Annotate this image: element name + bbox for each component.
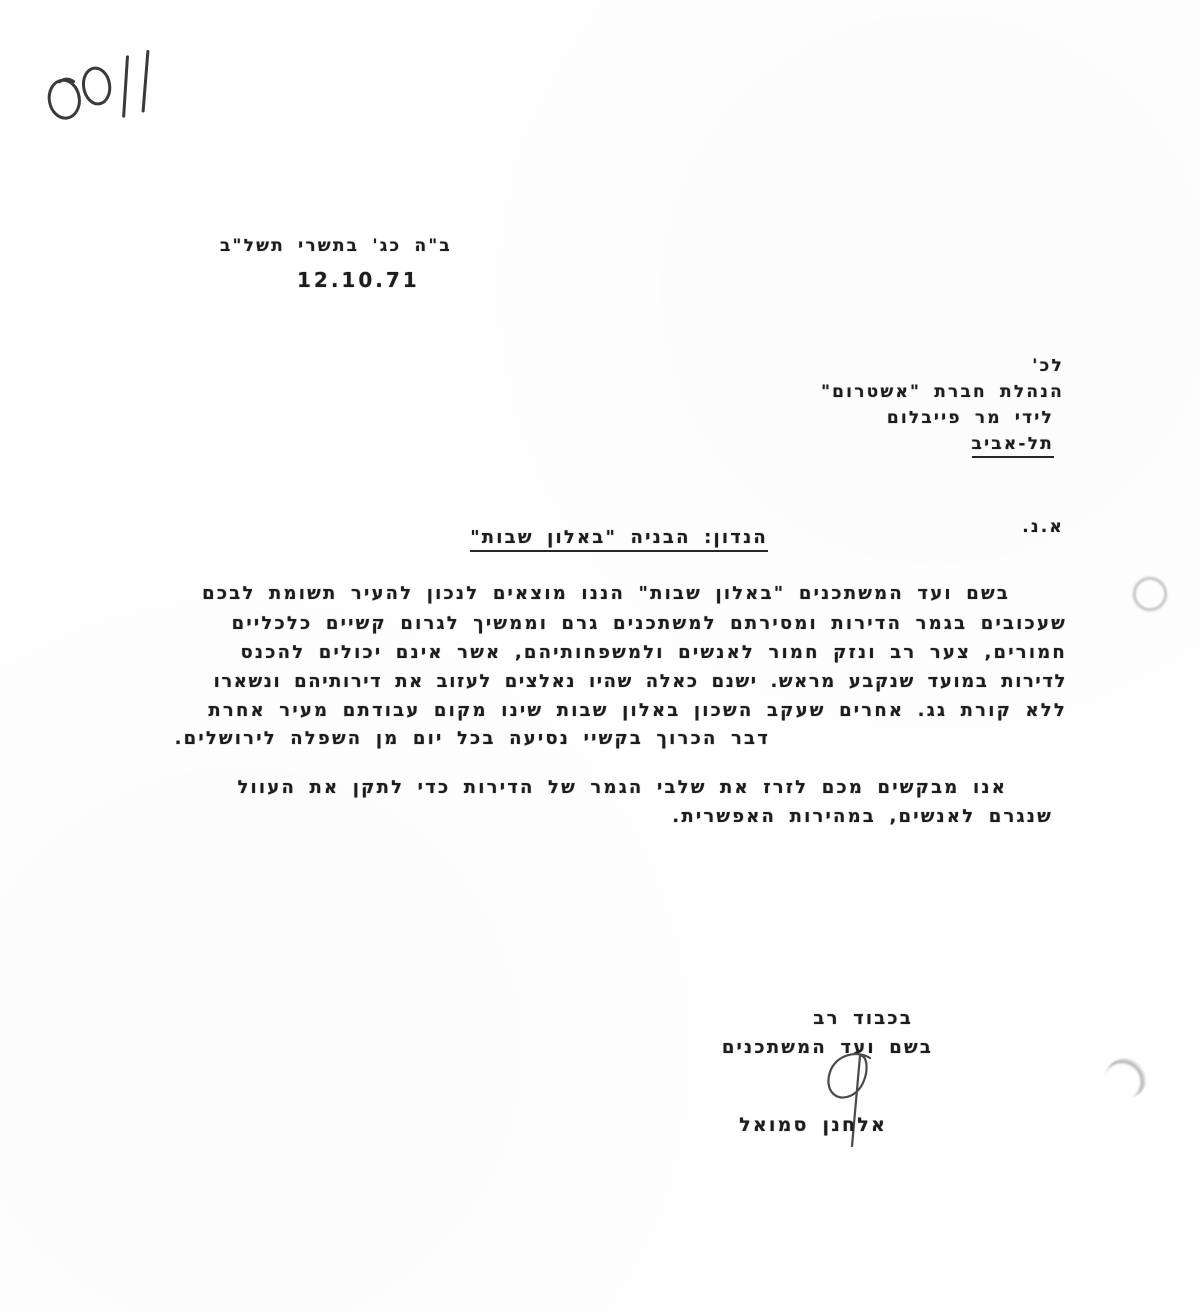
- body-line: שנגרם לאנשים, במהירות האפשרית.: [672, 806, 1053, 827]
- body-line: ללא קורת גג. אחרים שעקב השכון באלון שבות…: [208, 700, 1067, 721]
- signer-name: אלחנן סמואל: [739, 1114, 887, 1136]
- subject-line: הנדון: הבניה "באלון שבות": [470, 527, 768, 548]
- gregorian-date: 12.10.71: [297, 268, 420, 292]
- body-line: חמורים, צער רב ונזק חמור לאנשים ולמשפחות…: [240, 642, 1067, 663]
- scan-smudge-mark: [1105, 1058, 1147, 1098]
- body-line: בשם ועד המשתכנים "באלון שבות" הננו מוצאי…: [202, 583, 1010, 604]
- scan-smudge-mark: [1132, 576, 1168, 612]
- body-line: לדירות במועד שנקבע מראש. ישנם כאלה שהיו …: [214, 671, 1067, 692]
- recipient-city-text: תל-אביב: [972, 434, 1054, 458]
- recipient-attention: לידי מר פייבלום: [887, 408, 1054, 428]
- body-line: שעכובים בגמר הדירות ומסירתם למשתכנים גרם…: [232, 613, 1067, 634]
- closing-salutation: בכבוד רב: [813, 1008, 913, 1029]
- body-line: אנו מבקשים מכם לזרז את שלבי הגמר של הדיר…: [237, 777, 1007, 798]
- subject-text: הנדון: הבניה "באלון שבות": [470, 527, 768, 552]
- scanned-letter-page: 0011 ב"ה כג' בתשרי תשל"ב 12.10.71 לכ' הנ…: [0, 0, 1200, 1312]
- recipient-salutation: לכ': [1032, 356, 1064, 376]
- hebrew-date: ב"ה כג' בתשרי תשל"ב: [220, 236, 452, 256]
- greeting: א.נ.: [1022, 517, 1064, 537]
- recipient-city: תל-אביב: [972, 434, 1054, 454]
- body-line: דבר הכרוך בקשיי נסיעה בכל יום מן השפלה ל…: [175, 728, 770, 749]
- recipient-company: הנהלת חברת "אשטרום": [821, 382, 1064, 402]
- handwritten-serial-value: 0011: [40, 118, 65, 129]
